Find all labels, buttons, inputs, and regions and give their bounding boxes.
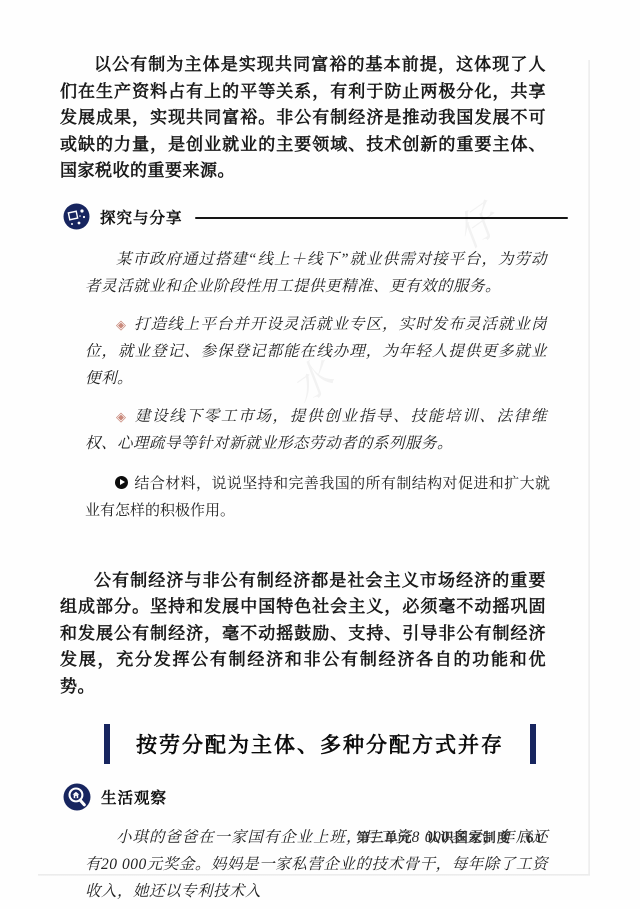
header-rule xyxy=(195,217,568,219)
footer-unit: 第三单元 xyxy=(356,830,412,845)
diamond-bullet-icon: ◈ xyxy=(116,317,127,332)
activity-bullet-1: ◈打造线上平台并开设灵活就业专区，实时发布灵活就业岗位，就业登记、参保登记都能在… xyxy=(85,311,547,392)
activity-question: 结合材料，说说坚持和完善我国的所有制结构对促进和扩大就业有怎样的积极作用。 xyxy=(85,470,550,524)
footer-page-number: 61 xyxy=(527,830,544,845)
globe-sparkle-icon xyxy=(63,203,90,230)
page-scan-edge-right xyxy=(588,60,590,875)
page-footer: 第三单元 认识国家制度 61 xyxy=(346,827,544,846)
life-observe-header: 生活观察 xyxy=(63,782,640,812)
footer-book-title: 认识国家制度 xyxy=(427,830,511,845)
explore-share-header: 探究与分享 xyxy=(63,202,640,232)
textbook-page: 仔 水 以公有制为主体是实现共同富裕的基本前提，这体现了人们在生产资料占有上的平… xyxy=(0,0,640,909)
activity-bullet-2: ◈建设线下零工市场，提供创业指导、技能培训、法律维权、心理疏导等针对新就业形态劳… xyxy=(85,403,547,457)
body-paragraph-1: 以公有制为主体是实现共同富裕的基本前提，这体现了人们在生产资料占有上的平等关系，… xyxy=(60,0,546,185)
title-bar-right xyxy=(530,724,536,764)
play-bullet-icon xyxy=(115,476,128,489)
activity-bullet-2-text: 建设线下零工市场，提供创业指导、技能培训、法律维权、心理疏导等针对新就业形态劳动… xyxy=(85,408,547,452)
lesson-title-row: 按劳分配为主体、多种分配方式并存 xyxy=(0,721,640,767)
page-scan-edge-bottom xyxy=(38,874,590,876)
life-observe-title: 生活观察 xyxy=(101,786,167,808)
activity-bullet-1-text: 打造线上平台并开设灵活就业专区，实时发布灵活就业岗位，就业登记、参保登记都能在线… xyxy=(85,316,547,387)
activity-intro: 某市政府通过搭建“线上＋线下”就业供需对接平台，为劳动者灵活就业和企业阶段性用工… xyxy=(85,246,547,300)
magnifier-house-icon xyxy=(63,783,91,811)
body-paragraph-2: 公有制经济与非公有制经济都是社会主义市场经济的重要组成部分。坚持和发展中国特色社… xyxy=(60,568,546,701)
activity-question-text: 结合材料，说说坚持和完善我国的所有制结构对促进和扩大就业有怎样的积极作用。 xyxy=(85,475,550,519)
explore-share-title: 探究与分享 xyxy=(100,206,183,228)
diamond-bullet-icon: ◈ xyxy=(116,409,127,424)
lesson-title: 按劳分配为主体、多种分配方式并存 xyxy=(136,729,504,759)
title-bar-left xyxy=(104,724,110,764)
